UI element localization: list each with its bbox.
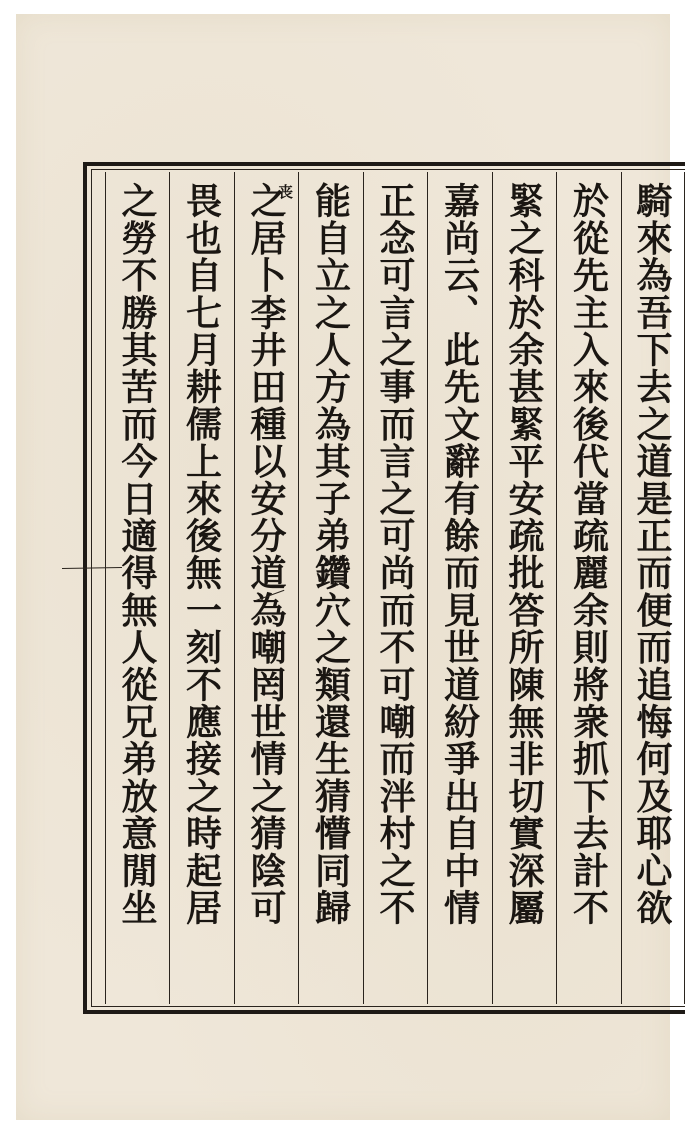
manuscript-page: 騎來為吾下去之道是正而便而追悔何及耶心欲 於從先主入來後代當疏麗余則將衆抓下去計… [16, 14, 670, 1120]
column-8: 畏也自七月耕儒上來後無一刻不應接之時起居 [169, 172, 234, 1004]
text-columns: 騎來為吾下去之道是正而便而追悔何及耶心欲 於從先主入來後代當疏麗余則將衆抓下去計… [96, 172, 685, 1004]
frame-inner-left-rule [91, 170, 92, 1006]
column-7: 之居卜李井田種以安分道為嘲罔世情之猜陰可 丧 [234, 172, 299, 1004]
column-5-text: 正念可言之事而言之可尚而不可嘲而泮村之不 [364, 182, 428, 926]
column-4: 嘉尚云、此先文辭有餘而見世道紛爭出自中情 [427, 172, 492, 1004]
column-9: 之勞不勝其苦而今日適得無人從兄弟放意閒坐 [105, 172, 170, 1004]
column-6: 能自立之人方為其子弟鑽穴之類還生猜懵同歸 [298, 172, 363, 1004]
column-1: 騎來為吾下去之道是正而便而追悔何及耶心欲 [621, 172, 686, 1004]
column-9-text: 之勞不勝其苦而今日適得無人從兄弟放意閒坐 [106, 182, 170, 926]
column-7-annotation: 丧 [275, 184, 296, 199]
column-8-text: 畏也自七月耕儒上來後無一刻不應接之時起居 [170, 182, 234, 926]
column-2-text: 於從先主入來後代當疏麗余則將衆抓下去計不 [557, 182, 621, 926]
frame-inner-bottom-rule [91, 1006, 685, 1007]
column-3-text: 緊之科於余甚緊平安疏批答所陳無非切實深屬 [493, 182, 557, 926]
column-5: 正念可言之事而言之可尚而不可嘲而泮村之不 [363, 172, 428, 1004]
column-1-text: 騎來為吾下去之道是正而便而追悔何及耶心欲 [622, 182, 685, 926]
column-2: 於從先主入來後代當疏麗余則將衆抓下去計不 [556, 172, 621, 1004]
column-7-text: 之居卜李井田種以安分道為嘲罔世情之猜陰可 [235, 182, 299, 926]
column-4-text: 嘉尚云、此先文辭有餘而見世道紛爭出自中情 [428, 182, 492, 926]
frame-inner-top-rule [91, 169, 685, 170]
column-6-text: 能自立之人方為其子弟鑽穴之類還生猜懵同歸 [299, 182, 363, 926]
column-3: 緊之科於余甚緊平安疏批答所陳無非切實深屬 [492, 172, 557, 1004]
ruled-frame: 騎來為吾下去之道是正而便而追悔何及耶心欲 於從先主入來後代當疏麗余則將衆抓下去計… [83, 162, 685, 1014]
